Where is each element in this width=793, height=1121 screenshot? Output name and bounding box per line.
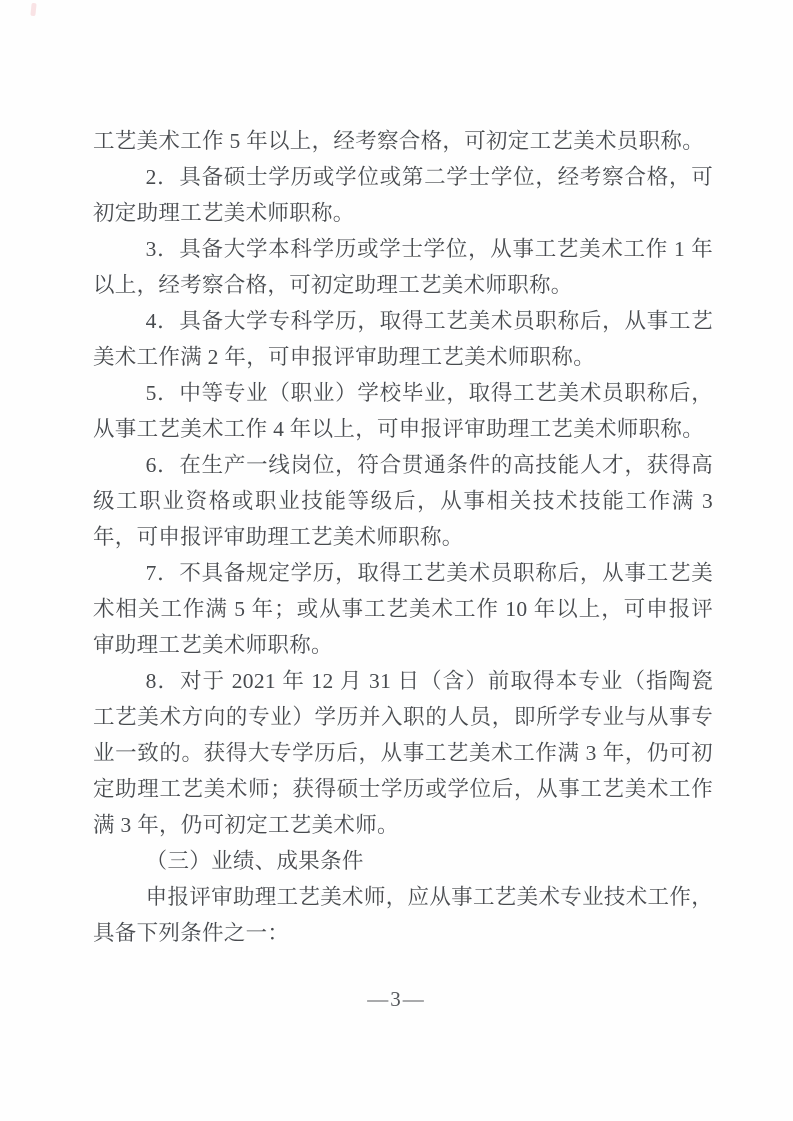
paragraph-clause-2: 2．具备硕士学历或学位或第二学士学位，经考察合格，可初定助理工艺美术师职称。 bbox=[93, 159, 713, 231]
scan-artifact-mark bbox=[30, 3, 36, 16]
paragraph-clause-7: 7．不具备规定学历，取得工艺美术员职称后，从事工艺美术相关工作满 5 年；或从事… bbox=[93, 555, 713, 663]
paragraph-clause-8: 8．对于 2021 年 12 月 31 日（含）前取得本专业（指陶瓷工艺美术方向… bbox=[93, 663, 713, 843]
document-body: 工艺美术工作 5 年以上，经考察合格，可初定工艺美术员职称。 2．具备硕士学历或… bbox=[93, 123, 713, 951]
paragraph-continued-clause-1: 工艺美术工作 5 年以上，经考察合格，可初定工艺美术员职称。 bbox=[93, 123, 713, 159]
paragraph-clause-6: 6．在生产一线岗位，符合贯通条件的高技能人才，获得高级工职业资格或职业技能等级后… bbox=[93, 447, 713, 555]
section-heading-achievement-conditions: （三）业绩、成果条件 bbox=[93, 843, 713, 879]
document-page: 工艺美术工作 5 年以上，经考察合格，可初定工艺美术员职称。 2．具备硕士学历或… bbox=[0, 0, 793, 1121]
paragraph-intro-conditions: 申报评审助理工艺美术师，应从事工艺美术专业技术工作，具备下列条件之一： bbox=[93, 879, 713, 951]
paragraph-clause-4: 4．具备大学专科学历，取得工艺美术员职称后，从事工艺美术工作满 2 年，可申报评… bbox=[93, 303, 713, 375]
paragraph-clause-5: 5．中等专业（职业）学校毕业，取得工艺美术员职称后，从事工艺美术工作 4 年以上… bbox=[93, 375, 713, 447]
page-number: —3— bbox=[0, 984, 793, 1014]
paragraph-clause-3: 3．具备大学本科学历或学士学位，从事工艺美术工作 1 年以上，经考察合格，可初定… bbox=[93, 231, 713, 303]
